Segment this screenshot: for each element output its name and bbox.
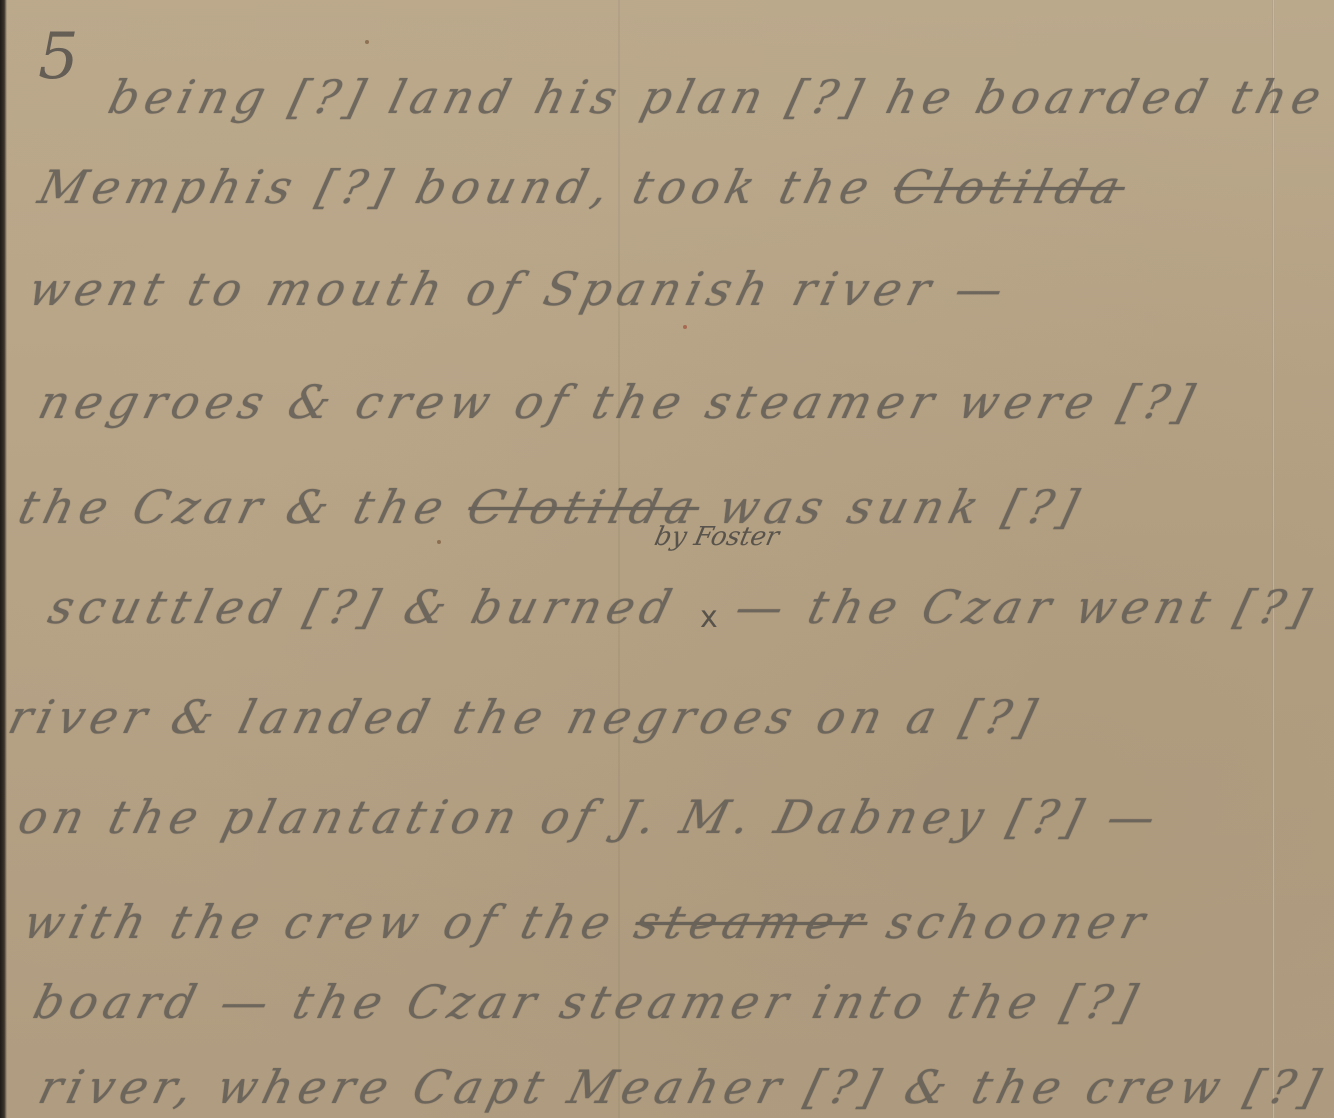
insertion-by-foster: by Foster [652, 522, 782, 552]
line-text: being [?] land his plan [?] he boarded t… [103, 70, 1334, 124]
line-tail: schooner [882, 895, 1157, 949]
manuscript-line-9: with the crew of the steamer schooner [18, 895, 1156, 949]
line-text: scuttled [?] & burned [43, 580, 683, 634]
manuscript-line-1: being [?] land his plan [?] he boarded t… [103, 70, 1334, 124]
line-text: the Czar & the [13, 480, 455, 534]
line-text: went to mouth of Spanish river — [23, 262, 1015, 316]
line-text: with the crew of the [18, 895, 622, 949]
manuscript-line-2: Memphis [?] bound, took the Clotilda [33, 160, 1131, 214]
line-text: Memphis [?] bound, took the [33, 160, 880, 214]
manuscript-line-8: on the plantation of J. M. Dabney [?] — [13, 790, 1167, 844]
manuscript-line-3: went to mouth of Spanish river — [23, 262, 1015, 316]
manuscript-line-10: board — the Czar steamer into the [?] [28, 975, 1148, 1029]
manuscript-line-11: river, where Capt Meaher [?] & the crew … [33, 1060, 1331, 1114]
line-tail: — the Czar went [?] [730, 580, 1321, 634]
line-text: on the plantation of J. M. Dabney [?] — [13, 790, 1167, 844]
manuscript-line-7: river & landed the negroes on a [?] [3, 690, 1047, 744]
line-text: negroes & crew of the steamer were [?] [33, 375, 1205, 429]
struck-word: steamer [629, 895, 874, 949]
scan-left-edge-shadow [0, 0, 7, 1118]
line-text: river, where Capt Meaher [?] & the crew … [33, 1060, 1331, 1114]
line-text: river & landed the negroes on a [?] [3, 690, 1047, 744]
manuscript-line-5: the Czar & the Clotilda was sunk [?] [13, 480, 1089, 534]
line-text: board — the Czar steamer into the [?] [28, 975, 1148, 1029]
paper-speck [365, 40, 369, 44]
manuscript-line-4: negroes & crew of the steamer were [?] [33, 375, 1205, 429]
manuscript-line-6: scuttled [?] & burned — the Czar went [?… [43, 580, 1321, 634]
manuscript-page: 5 being [?] land his plan [?] he boarded… [0, 0, 1334, 1118]
page-number: 5 [38, 20, 79, 94]
paper-speck [683, 325, 687, 329]
paper-speck [437, 540, 441, 544]
struck-word: Clotilda [888, 160, 1132, 214]
paper-fold-crease [1272, 0, 1275, 1118]
